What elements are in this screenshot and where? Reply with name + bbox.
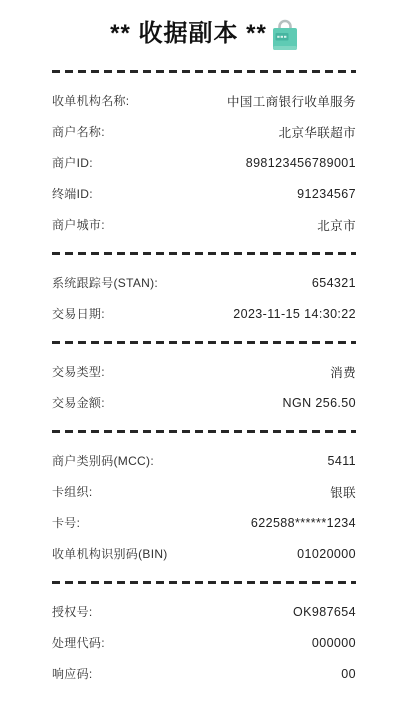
shopping-bag-icon [272,19,298,51]
receipt-row: 授权号: OK987654 [52,596,356,627]
field-value: 654321 [312,276,356,290]
field-label: 交易金额: [52,394,105,411]
receipt-row: 商户城市: 北京市 [52,209,356,240]
field-label: 商户类别码(MCC): [52,452,154,469]
field-value: NGN 256.50 [283,396,356,410]
receipt-row: 商户ID: 898123456789001 [52,147,356,178]
field-label: 交易类型: [52,363,105,380]
receipt-row: 处理代码: 000000 [52,627,356,658]
field-label: 处理代码: [52,634,105,651]
section-divider [52,252,356,255]
receipt-row: 系统跟踪号(STAN): 654321 [52,267,356,298]
field-value: 622588******1234 [251,516,356,530]
receipt-row: 终端ID: 91234567 [52,178,356,209]
field-value: 2023-11-15 14:30:22 [233,307,356,321]
receipt-row: 响应码: 00 [52,658,356,689]
receipt-header: ** 收据副本 ** [52,14,356,58]
receipt-title: ** 收据副本 ** [110,14,267,54]
field-label: 商户名称: [52,123,105,140]
field-label: 商户城市: [52,216,105,233]
field-value: 00 [341,667,356,681]
field-value: 中国工商银行收单服务 [227,92,356,110]
field-value: 01020000 [297,547,356,561]
field-value: 北京华联超市 [279,123,356,141]
field-value: OK987654 [293,605,356,619]
field-label: 商户ID: [52,154,93,171]
field-label: 终端ID: [52,185,93,202]
field-label: 收单机构识别码(BIN) [52,545,168,562]
field-value: 消费 [330,363,356,381]
field-label: 卡组织: [52,483,93,500]
field-label: 交易日期: [52,305,105,322]
section-divider [52,430,356,433]
receipt-row: 商户类别码(MCC): 5411 [52,445,356,476]
field-label: 响应码: [52,665,93,682]
field-value: 5411 [328,454,356,468]
field-label: 收单机构名称: [52,92,129,109]
receipt-row: 卡组织: 银联 [52,476,356,507]
section-divider [52,70,356,73]
receipt-row: 交易日期: 2023-11-15 14:30:22 [52,298,356,329]
receipt-row: 商户名称: 北京华联超市 [52,116,356,147]
receipt-row: 交易类型: 消费 [52,356,356,387]
section-divider [52,581,356,584]
field-value: 北京市 [317,216,356,234]
receipt-row: 交易金额: NGN 256.50 [52,387,356,418]
field-value: 银联 [330,483,356,501]
field-value: 000000 [312,636,356,650]
field-value: 898123456789001 [246,156,356,170]
field-label: 系统跟踪号(STAN): [52,274,158,291]
field-label: 卡号: [52,514,80,531]
receipt-body: 收单机构名称: 中国工商银行收单服务 商户名称: 北京华联超市 商户ID: 89… [52,70,356,689]
receipt-row: 收单机构名称: 中国工商银行收单服务 [52,85,356,116]
receipt: ** 收据副本 ** 收单机构名称: 中国工商银行收单服务 商户名称: 北京华联… [0,0,410,708]
section-divider [52,341,356,344]
receipt-row: 收单机构识别码(BIN) 01020000 [52,538,356,569]
field-value: 91234567 [297,187,356,201]
receipt-row: 卡号: 622588******1234 [52,507,356,538]
field-label: 授权号: [52,603,93,620]
